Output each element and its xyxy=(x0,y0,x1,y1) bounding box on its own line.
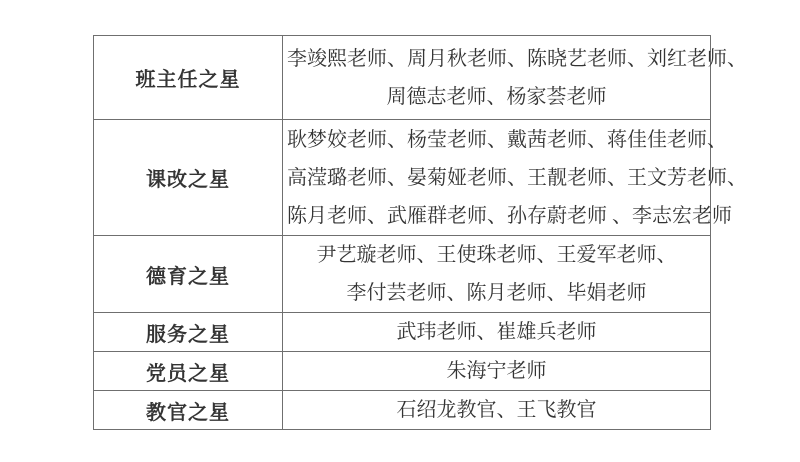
award-category: 德育之星 xyxy=(94,236,283,313)
recipients-line: 高滢璐老师、晏菊娅老师、王靓老师、王文芳老师、 xyxy=(287,159,706,197)
award-category: 班主任之星 xyxy=(94,36,283,120)
recipients-line: 尹艺璇老师、王使珠老师、王爱军老师、 xyxy=(287,236,706,274)
table-row: 党员之星 朱海宁老师 xyxy=(94,352,711,391)
table-row: 教官之星 石绍龙教官、王飞教官 xyxy=(94,391,711,430)
award-category: 教官之星 xyxy=(94,391,283,430)
table-row: 班主任之星 李竣熙老师、周月秋老师、陈晓艺老师、刘红老师、 周德志老师、杨家荟老… xyxy=(94,36,711,120)
award-category: 服务之星 xyxy=(94,313,283,352)
award-recipients: 李竣熙老师、周月秋老师、陈晓艺老师、刘红老师、 周德志老师、杨家荟老师 xyxy=(283,36,711,120)
award-recipients: 朱海宁老师 xyxy=(283,352,711,391)
recipients-line: 李竣熙老师、周月秋老师、陈晓艺老师、刘红老师、 xyxy=(287,40,706,78)
document-page: 班主任之星 李竣熙老师、周月秋老师、陈晓艺老师、刘红老师、 周德志老师、杨家荟老… xyxy=(0,0,800,462)
award-recipients: 石绍龙教官、王飞教官 xyxy=(283,391,711,430)
award-category: 党员之星 xyxy=(94,352,283,391)
recipients-line: 石绍龙教官、王飞教官 xyxy=(287,391,706,429)
recipients-line: 李付芸老师、陈月老师、毕娟老师 xyxy=(287,274,706,312)
table-row: 德育之星 尹艺璇老师、王使珠老师、王爱军老师、 李付芸老师、陈月老师、毕娟老师 xyxy=(94,236,711,313)
recipients-line: 武玮老师、崔雄兵老师 xyxy=(287,313,706,351)
awards-table-body: 班主任之星 李竣熙老师、周月秋老师、陈晓艺老师、刘红老师、 周德志老师、杨家荟老… xyxy=(94,36,711,430)
recipients-line: 周德志老师、杨家荟老师 xyxy=(287,78,706,116)
recipients-line: 朱海宁老师 xyxy=(287,352,706,390)
recipients-line: 耿梦姣老师、杨莹老师、戴茜老师、蒋佳佳老师、 xyxy=(287,121,706,159)
table-row: 服务之星 武玮老师、崔雄兵老师 xyxy=(94,313,711,352)
table-row: 课改之星 耿梦姣老师、杨莹老师、戴茜老师、蒋佳佳老师、 高滢璐老师、晏菊娅老师、… xyxy=(94,120,711,236)
awards-table: 班主任之星 李竣熙老师、周月秋老师、陈晓艺老师、刘红老师、 周德志老师、杨家荟老… xyxy=(93,35,711,430)
recipients-line: 陈月老师、武雁群老师、孙存蔚老师 、李志宏老师 xyxy=(287,197,706,235)
award-category: 课改之星 xyxy=(94,120,283,236)
award-recipients: 武玮老师、崔雄兵老师 xyxy=(283,313,711,352)
award-recipients: 尹艺璇老师、王使珠老师、王爱军老师、 李付芸老师、陈月老师、毕娟老师 xyxy=(283,236,711,313)
award-recipients: 耿梦姣老师、杨莹老师、戴茜老师、蒋佳佳老师、 高滢璐老师、晏菊娅老师、王靓老师、… xyxy=(283,120,711,236)
